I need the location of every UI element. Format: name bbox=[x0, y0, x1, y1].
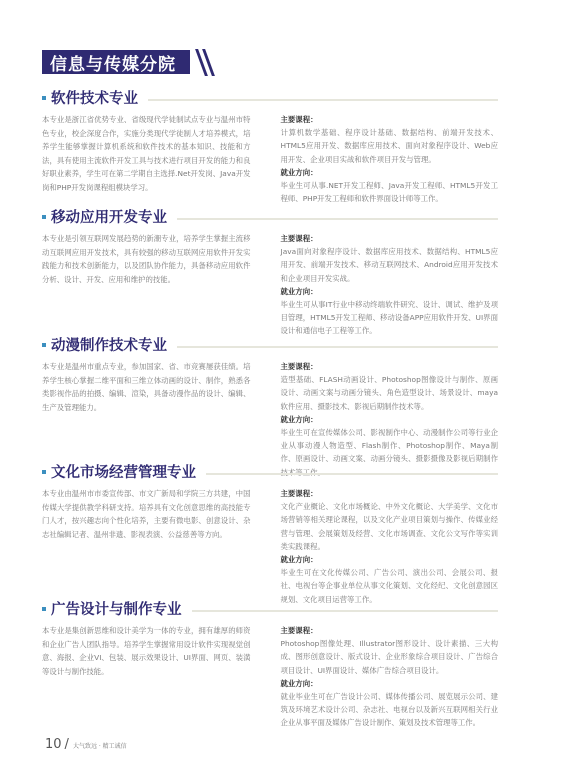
courses-label: 主要课程： bbox=[281, 624, 498, 637]
major-section-culture-market: 文化市场经营管理专业 本专业由温州市市委宣传部、市文广新局和学院三方共建，中国传… bbox=[42, 461, 498, 606]
career-label: 就业方向： bbox=[281, 166, 498, 179]
square-bullet-icon bbox=[42, 215, 46, 219]
major-details: 主要课程： Photoshop图像处理、Illustrator图形设计、设计素描… bbox=[281, 624, 498, 730]
section-title: 文化市场经营管理专业 bbox=[51, 461, 196, 482]
career-text: 毕业生可从事IT行业中移动终端软件研究、设计、调试、维护及项目管理，HTML5开… bbox=[281, 298, 498, 338]
divider bbox=[148, 99, 498, 101]
courses-label: 主要课程： bbox=[281, 232, 498, 245]
career-label: 就业方向： bbox=[281, 285, 498, 298]
major-intro: 本专业是集创新思维和设计美学为一体的专业，拥有雄厚的师资和企业广告人团队指导。培… bbox=[42, 624, 251, 730]
career-label: 就业方向： bbox=[281, 677, 498, 690]
career-text: 就业毕业生可在广告设计公司、媒体传播公司、展览展示公司、建筑及环境艺术设计公司、… bbox=[281, 690, 498, 730]
square-bullet-icon bbox=[42, 96, 46, 100]
major-section-advertising: 广告设计与制作专业 本专业是集创新思维和设计美学为一体的专业，拥有雄厚的师资和企… bbox=[42, 598, 498, 730]
courses-text: Photoshop图像处理、Illustrator图形设计、设计素描、三大构成、… bbox=[281, 637, 498, 677]
slash-decoration-icon bbox=[196, 50, 218, 74]
square-bullet-icon bbox=[42, 607, 46, 611]
divider bbox=[192, 610, 499, 612]
major-section-software: 软件技术专业 本专业是浙江省优势专业、省级现代学徒制试点专业与温州市特色专业，校… bbox=[42, 87, 498, 205]
section-header: 动漫制作技术专业 bbox=[42, 334, 498, 354]
career-label: 就业方向： bbox=[281, 413, 498, 426]
section-title: 动漫制作技术专业 bbox=[51, 334, 167, 355]
school-motto: 大气致远 · 精工诚信 bbox=[73, 741, 127, 750]
major-intro: 本专业由温州市市委宣传部、市文广新局和学院三方共建，中国传媒大学提供教学科研支持… bbox=[42, 487, 251, 606]
major-intro: 本专业是浙江省优势专业、省级现代学徒制试点专业与温州市特色专业，校企深度合作，实… bbox=[42, 113, 251, 205]
major-intro: 本专业是引领互联网发展趋势的新潮专业，培养学生掌握主流移动互联网应用开发技术，具… bbox=[42, 232, 251, 338]
section-title: 软件技术专业 bbox=[51, 87, 138, 108]
major-section-animation: 动漫制作技术专业 本专业是温州市重点专业，参加国家、省、市竞赛屡获佳绩。培养学生… bbox=[42, 334, 498, 479]
square-bullet-icon bbox=[42, 343, 46, 347]
section-header: 移动应用开发专业 bbox=[42, 206, 498, 226]
career-label: 就业方向： bbox=[281, 553, 498, 566]
section-header: 软件技术专业 bbox=[42, 87, 498, 107]
major-section-mobile: 移动应用开发专业 本专业是引领互联网发展趋势的新潮专业，培养学生掌握主流移动互联… bbox=[42, 206, 498, 338]
courses-label: 主要课程： bbox=[281, 113, 498, 126]
page-number: 10 bbox=[45, 737, 62, 752]
section-header: 文化市场经营管理专业 bbox=[42, 461, 498, 481]
major-details: 主要课程： Java面向对象程序设计、数据库应用技术、数据结构、HTML5应用开… bbox=[281, 232, 498, 338]
courses-text: 文化产业概论、文化市场概论、中外文化概论、大学美学、文化市场营销等相关理论课程，… bbox=[281, 500, 498, 553]
courses-label: 主要课程： bbox=[281, 487, 498, 500]
divider bbox=[177, 218, 498, 220]
department-title: 信息与传媒分院 bbox=[42, 50, 190, 74]
department-banner: 信息与传媒分院 bbox=[42, 50, 218, 74]
courses-text: 造型基础、FLASH动画设计、Photoshop图像设计与制作、原画设计、动画文… bbox=[281, 373, 498, 413]
career-text: 毕业生可从事.NET开发工程师、Java开发工程师、HTML5开发工程师、PHP… bbox=[281, 179, 498, 205]
major-details: 主要课程： 文化产业概论、文化市场概论、中外文化概论、大学美学、文化市场营销等相… bbox=[281, 487, 498, 606]
section-header: 广告设计与制作专业 bbox=[42, 598, 498, 618]
courses-text: Java面向对象程序设计、数据库应用技术、数据结构、HTML5应用开发、前端开发… bbox=[281, 245, 498, 285]
section-title: 移动应用开发专业 bbox=[51, 206, 167, 227]
page-separator: / bbox=[65, 737, 69, 752]
courses-label: 主要课程： bbox=[281, 360, 498, 373]
square-bullet-icon bbox=[42, 470, 46, 474]
major-details: 主要课程： 计算机数学基础、程序设计基础、数据结构、前端开发技术、HTML5应用… bbox=[281, 113, 498, 205]
divider bbox=[177, 346, 498, 348]
courses-text: 计算机数学基础、程序设计基础、数据结构、前端开发技术、HTML5应用开发、数据库… bbox=[281, 126, 498, 166]
section-title: 广告设计与制作专业 bbox=[51, 598, 182, 619]
divider bbox=[206, 473, 498, 475]
page-footer: 10 / 大气致远 · 精工诚信 bbox=[45, 737, 127, 752]
